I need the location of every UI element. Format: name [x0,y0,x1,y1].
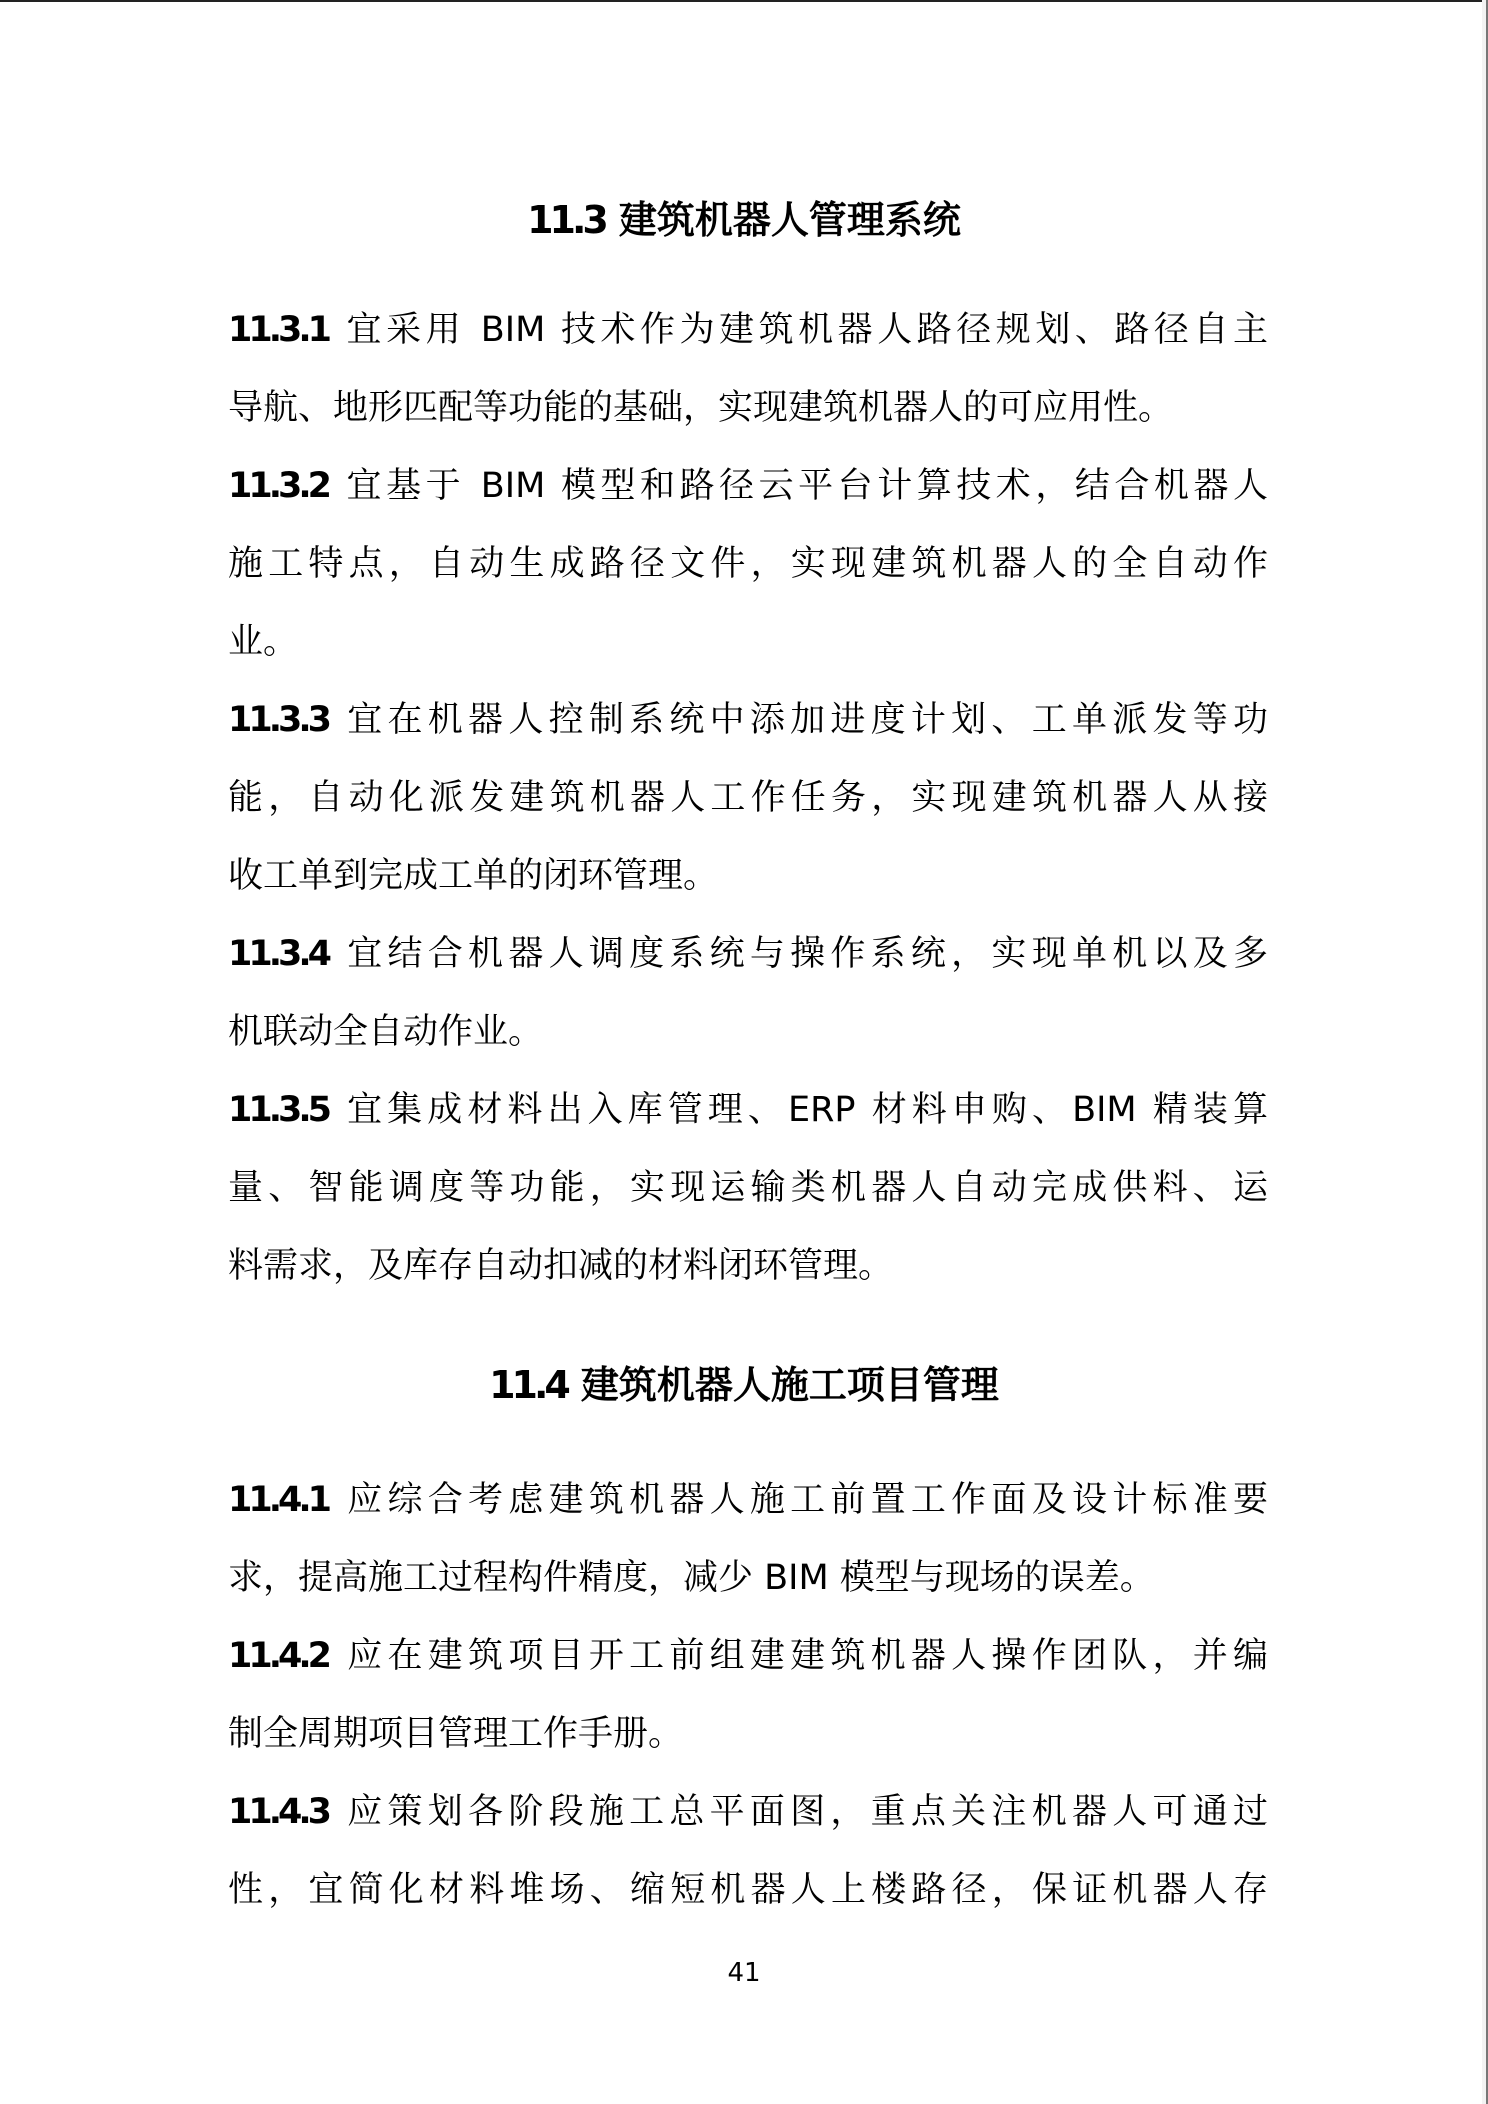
clause-11-3-5-line-1: 11.3.5宜集成材料出入库管理、ERP 材料申购、BIM 精装算 [228,1085,1268,1135]
clause-text: 宜基于 BIM 模型和路径云平台计算技术，结合机器人 [342,466,1268,506]
clause-number: 11.4.2 [228,1636,328,1676]
clause-number: 11.3.3 [228,700,328,740]
clause-text: 能，自动化派发建筑机器人工作任务，实现建筑机器人从接 [228,778,1268,818]
section-title: 建筑机器人施工项目管理 [581,1363,999,1407]
clause-text: 收工单到完成工单的闭环管理。 [228,856,718,896]
clause-11-3-2-line-2: 施工特点，自动生成路径文件，实现建筑机器人的全自动作 [228,539,1268,589]
clause-11-3-2-line-3: 业。 [228,617,1268,667]
clause-text: 料需求，及库存自动扣减的材料闭环管理。 [228,1246,893,1286]
clause-text: 宜结合机器人调度系统与操作系统，实现单机以及多 [342,934,1268,974]
section-title: 建筑机器人管理系统 [619,198,961,242]
clause-number: 11.3.2 [228,466,328,506]
section-heading-11-4: 11.4建筑机器人施工项目管理 [0,1360,1488,1410]
clause-11-4-3-line-2: 性，宜简化材料堆场、缩短机器人上楼路径，保证机器人存 [228,1865,1268,1915]
page-number: 41 [0,1958,1488,1988]
clause-11-3-3-line-3: 收工单到完成工单的闭环管理。 [228,851,1268,901]
section-number: 11.3 [527,198,605,242]
clause-11-4-2-line-1: 11.4.2应在建筑项目开工前组建建筑机器人操作团队，并编 [228,1631,1268,1681]
clause-11-4-2-line-2: 制全周期项目管理工作手册。 [228,1709,1268,1759]
clause-text: 业。 [228,622,298,662]
clause-11-3-4-line-2: 机联动全自动作业。 [228,1007,1268,1057]
section-number: 11.4 [489,1363,567,1407]
clause-11-3-5-line-3: 料需求，及库存自动扣减的材料闭环管理。 [228,1241,1268,1291]
clause-11-3-4-line-1: 11.3.4宜结合机器人调度系统与操作系统，实现单机以及多 [228,929,1268,979]
clause-number: 11.4.1 [228,1480,328,1520]
clause-text: 制全周期项目管理工作手册。 [228,1714,683,1754]
clause-text: 应综合考虑建筑机器人施工前置工作面及设计标准要 [342,1480,1268,1520]
clause-11-4-3-line-1: 11.4.3应策划各阶段施工总平面图，重点关注机器人可通过 [228,1787,1268,1837]
clause-11-3-5-line-2: 量、智能调度等功能，实现运输类机器人自动完成供料、运 [228,1163,1268,1213]
clause-11-3-3-line-1: 11.3.3宜在机器人控制系统中添加进度计划、工单派发等功 [228,695,1268,745]
clause-number: 11.3.4 [228,934,328,974]
clause-11-4-1-line-1: 11.4.1应综合考虑建筑机器人施工前置工作面及设计标准要 [228,1475,1268,1525]
clause-number: 11.4.3 [228,1792,328,1832]
page-top-border [0,0,1488,2]
clause-11-3-1-line-2: 导航、地形匹配等功能的基础，实现建筑机器人的可应用性。 [228,383,1268,433]
clause-text: 导航、地形匹配等功能的基础，实现建筑机器人的可应用性。 [228,388,1173,428]
clause-text: 量、智能调度等功能，实现运输类机器人自动完成供料、运 [228,1168,1268,1208]
clause-text: 机联动全自动作业。 [228,1012,543,1052]
clause-text: 宜集成材料出入库管理、ERP 材料申购、BIM 精装算 [342,1090,1268,1130]
clause-11-3-2-line-1: 11.3.2宜基于 BIM 模型和路径云平台计算技术，结合机器人 [228,461,1268,511]
clause-text: 宜采用 BIM 技术作为建筑机器人路径规划、路径自主 [342,310,1268,350]
clause-text: 应在建筑项目开工前组建建筑机器人操作团队，并编 [342,1636,1268,1676]
clause-11-4-1-line-2: 求，提高施工过程构件精度，减少 BIM 模型与现场的误差。 [228,1553,1268,1603]
clause-text: 应策划各阶段施工总平面图，重点关注机器人可通过 [342,1792,1268,1832]
clause-text: 宜在机器人控制系统中添加进度计划、工单派发等功 [342,700,1268,740]
clause-text: 施工特点，自动生成路径文件，实现建筑机器人的全自动作 [228,544,1268,584]
clause-number: 11.3.5 [228,1090,328,1130]
clause-11-3-1-line-1: 11.3.1宜采用 BIM 技术作为建筑机器人路径规划、路径自主 [228,305,1268,355]
section-heading-11-3: 11.3建筑机器人管理系统 [0,195,1488,245]
clause-text: 求，提高施工过程构件精度，减少 BIM 模型与现场的误差。 [228,1558,1155,1598]
clause-11-3-3-line-2: 能，自动化派发建筑机器人工作任务，实现建筑机器人从接 [228,773,1268,823]
clause-number: 11.3.1 [228,310,328,350]
clause-text: 性，宜简化材料堆场、缩短机器人上楼路径，保证机器人存 [228,1870,1268,1910]
